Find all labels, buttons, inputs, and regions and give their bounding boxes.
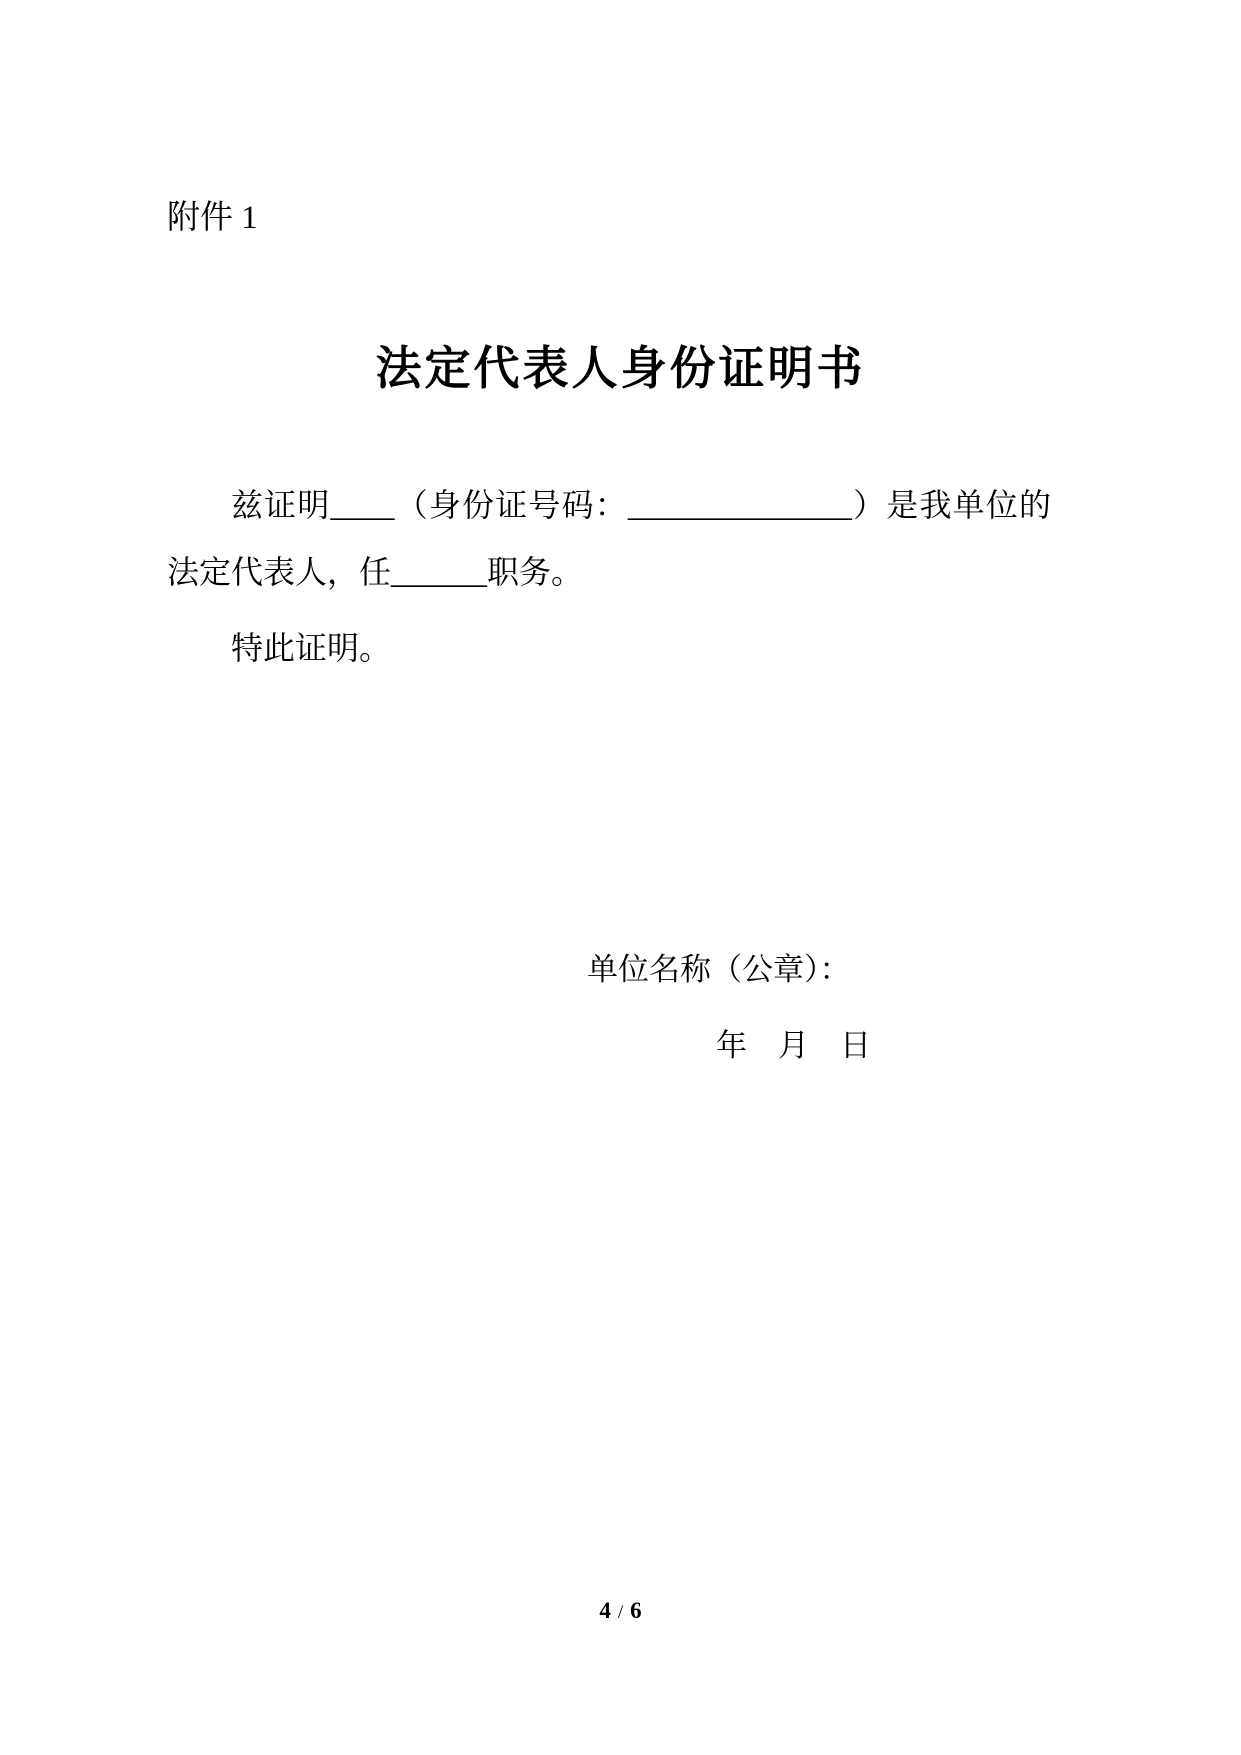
page-footer: 4/6: [0, 1598, 1241, 1624]
closing-paragraph: 特此证明。: [167, 615, 1051, 682]
unit-seal-label: 单位名称（公章）：: [587, 950, 851, 990]
current-page-number: 4: [599, 1598, 611, 1623]
document-title: 法定代表人身份证明书: [0, 332, 1241, 398]
date-line: 年 月 日: [716, 1026, 871, 1066]
document-body: 兹证明____（身份证号码：______________）是我单位的法定代表人，…: [167, 472, 1051, 682]
page-number-separator: /: [618, 1602, 623, 1623]
attachment-label: 附件 1: [167, 198, 258, 238]
document-page: 附件 1 法定代表人身份证明书 兹证明____（身份证号码：__________…: [0, 0, 1241, 1755]
total-pages-number: 6: [630, 1598, 642, 1623]
certify-paragraph: 兹证明____（身份证号码：______________）是我单位的法定代表人，…: [167, 472, 1051, 606]
